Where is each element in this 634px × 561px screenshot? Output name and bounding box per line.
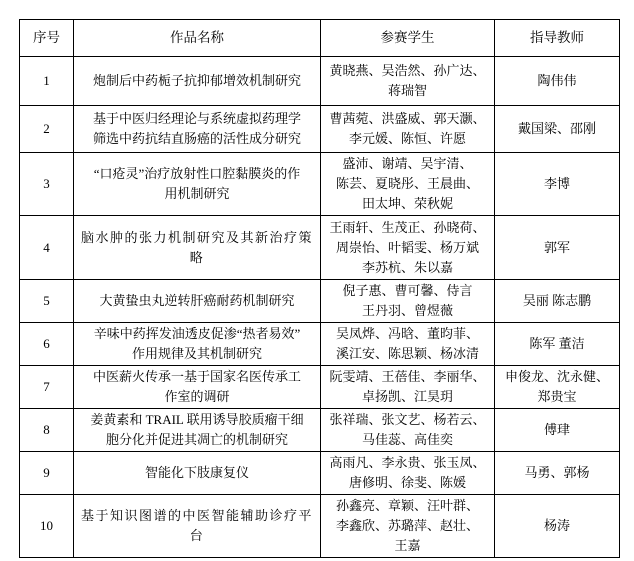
header-students: 参赛学生: [321, 20, 495, 57]
teachers-cell: 马勇、郭杨: [495, 452, 620, 495]
students-cell: 阮雯靖、王蓓佳、李丽华、 卓扬凯、江昊玥: [321, 366, 495, 409]
work-title-cell: 脑水肿的张力机制研究及其新治疗策略: [74, 216, 321, 280]
table-row: 3 “口疮灵”治疗放射性口腔黏膜炎的作 用机制研究 盛沛、谢靖、吴宇清、 陈芸、…: [20, 153, 620, 216]
row-number-cell: 5: [20, 280, 74, 323]
students-cell: 黄晓燕、吴浩然、孙广达、 蒋瑞智: [321, 57, 495, 106]
table-row: 10 基于知识图谱的中医智能辅助诊疗平台 孙鑫亮、章颖、汪叶群、 李鑫欣、苏璐萍…: [20, 495, 620, 558]
row-number-cell: 10: [20, 495, 74, 558]
table-row: 7 中医薪火传承一基于国家名医传承工 作室的调研 阮雯靖、王蓓佳、李丽华、 卓扬…: [20, 366, 620, 409]
row-number-cell: 1: [20, 57, 74, 106]
projects-table: 序号 作品名称 参赛学生 指导教师 1 炮制后中药栀子抗抑郁增效机制研究 黄晓燕…: [19, 19, 620, 558]
row-number-cell: 2: [20, 106, 74, 153]
row-number-cell: 6: [20, 323, 74, 366]
table-row: 2 基于中医归经理论与系统虚拟药理学 筛选中药抗结直肠癌的活性成分研究 曹茜菀、…: [20, 106, 620, 153]
header-no: 序号: [20, 20, 74, 57]
students-cell: 王雨轩、生茂正、孙晓荷、 周崇怡、叶韬雯、杨万斌 李苏杭、朱以嘉: [321, 216, 495, 280]
students-cell: 高雨凡、李永贵、张玉凤、 唐修明、徐斐、陈媛: [321, 452, 495, 495]
table-row: 5 大黄蛰虫丸逆转肝癌耐药机制研究 倪子惠、曹可馨、侍言 王丹羽、曾煜薇 吴丽 …: [20, 280, 620, 323]
table-row: 6 辛味中药挥发油透皮促渗“热者易效” 作用规律及其机制研究 吴凤烨、冯晗、董昀…: [20, 323, 620, 366]
teachers-cell: 戴国梁、邵刚: [495, 106, 620, 153]
teachers-cell: 陈军 董洁: [495, 323, 620, 366]
students-cell: 曹茜菀、洪盛威、郭天灏、 李元媛、陈恒、许愿: [321, 106, 495, 153]
work-title-cell: 基于中医归经理论与系统虚拟药理学 筛选中药抗结直肠癌的活性成分研究: [74, 106, 321, 153]
table-row: 8 姜黄素和 TRAIL 联用诱导胶质瘤干细 胞分化并促进其凋亡的机制研究 张祥…: [20, 409, 620, 452]
header-title: 作品名称: [74, 20, 321, 57]
teachers-cell: 陶伟伟: [495, 57, 620, 106]
header-teachers: 指导教师: [495, 20, 620, 57]
header-row: 序号 作品名称 参赛学生 指导教师: [20, 20, 620, 57]
row-number-cell: 4: [20, 216, 74, 280]
work-title-cell: 炮制后中药栀子抗抑郁增效机制研究: [74, 57, 321, 106]
table-row: 1 炮制后中药栀子抗抑郁增效机制研究 黄晓燕、吴浩然、孙广达、 蒋瑞智 陶伟伟: [20, 57, 620, 106]
document-page: 序号 作品名称 参赛学生 指导教师 1 炮制后中药栀子抗抑郁增效机制研究 黄晓燕…: [0, 0, 634, 561]
students-cell: 倪子惠、曹可馨、侍言 王丹羽、曾煜薇: [321, 280, 495, 323]
work-title-cell: 中医薪火传承一基于国家名医传承工 作室的调研: [74, 366, 321, 409]
work-title-cell: 智能化下肢康复仪: [74, 452, 321, 495]
students-cell: 孙鑫亮、章颖、汪叶群、 李鑫欣、苏璐萍、赵壮、 王嘉: [321, 495, 495, 558]
teachers-cell: 吴丽 陈志鹏: [495, 280, 620, 323]
row-number-cell: 8: [20, 409, 74, 452]
students-cell: 张祥瑞、张文艺、杨若云、 马佳蕊、高佳奕: [321, 409, 495, 452]
teachers-cell: 傅珒: [495, 409, 620, 452]
teachers-cell: 郭军: [495, 216, 620, 280]
work-title-cell: 辛味中药挥发油透皮促渗“热者易效” 作用规律及其机制研究: [74, 323, 321, 366]
table-row: 9 智能化下肢康复仪 高雨凡、李永贵、张玉凤、 唐修明、徐斐、陈媛 马勇、郭杨: [20, 452, 620, 495]
row-number-cell: 3: [20, 153, 74, 216]
work-title-cell: 基于知识图谱的中医智能辅助诊疗平台: [74, 495, 321, 558]
students-cell: 盛沛、谢靖、吴宇清、 陈芸、夏晓彤、王晨曲、 田太坤、荣秋妮: [321, 153, 495, 216]
teachers-cell: 杨涛: [495, 495, 620, 558]
teachers-cell: 申俊龙、沈永健、 郑贵宝: [495, 366, 620, 409]
students-cell: 吴凤烨、冯晗、董昀菲、 溪江安、陈思颖、杨冰清: [321, 323, 495, 366]
row-number-cell: 7: [20, 366, 74, 409]
work-title-cell: “口疮灵”治疗放射性口腔黏膜炎的作 用机制研究: [74, 153, 321, 216]
work-title-cell: 姜黄素和 TRAIL 联用诱导胶质瘤干细 胞分化并促进其凋亡的机制研究: [74, 409, 321, 452]
teachers-cell: 李博: [495, 153, 620, 216]
work-title-cell: 大黄蛰虫丸逆转肝癌耐药机制研究: [74, 280, 321, 323]
table-row: 4 脑水肿的张力机制研究及其新治疗策略 王雨轩、生茂正、孙晓荷、 周崇怡、叶韬雯…: [20, 216, 620, 280]
row-number-cell: 9: [20, 452, 74, 495]
